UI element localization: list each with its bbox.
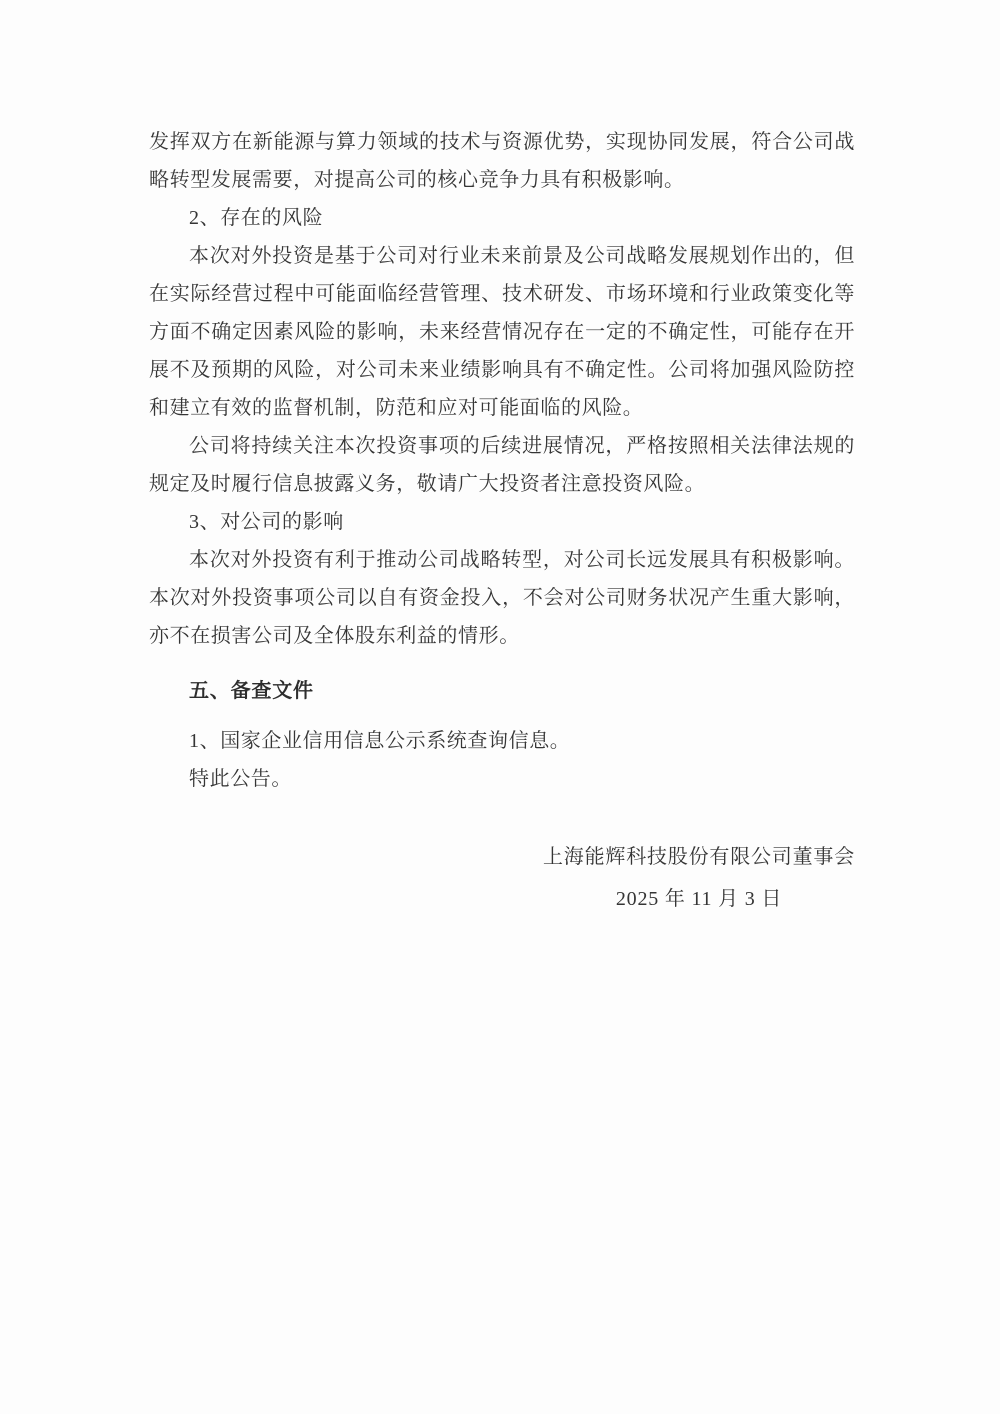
paragraph-reference-item: 1、国家企业信用信息公示系统查询信息。: [149, 722, 855, 760]
signature-inner: 上海能辉科技股份有限公司董事会 2025 年 11 月 3 日: [543, 838, 855, 918]
heading-reference-documents: 五、备查文件: [149, 672, 855, 710]
document-body: 发挥双方在新能源与算力领域的技术与资源优势，实现协同发展，符合公司战略转型发展需…: [149, 123, 855, 918]
paragraph-announcement-closing: 特此公告。: [149, 760, 855, 798]
subheading-impact-on-company: 3、对公司的影响: [149, 503, 855, 541]
signature-date: 2025 年 11 月 3 日: [543, 880, 855, 918]
paragraph-strategy-continuation: 发挥双方在新能源与算力领域的技术与资源优势，实现协同发展，符合公司战略转型发展需…: [149, 123, 855, 199]
signature-block: 上海能辉科技股份有限公司董事会 2025 年 11 月 3 日: [149, 838, 855, 918]
paragraph-risk-description: 本次对外投资是基于公司对行业未来前景及公司战略发展规划作出的，但在实际经营过程中…: [149, 237, 855, 427]
subheading-existing-risks: 2、存在的风险: [149, 199, 855, 237]
signature-company-name: 上海能辉科技股份有限公司董事会: [543, 838, 855, 876]
paragraph-disclosure-commitment: 公司将持续关注本次投资事项的后续进展情况，严格按照相关法律法规的规定及时履行信息…: [149, 427, 855, 503]
document-page: 发挥双方在新能源与算力领域的技术与资源优势，实现协同发展，符合公司战略转型发展需…: [0, 0, 1000, 1414]
paragraph-impact-description: 本次对外投资有利于推动公司战略转型，对公司长远发展具有积极影响。本次对外投资事项…: [149, 541, 855, 655]
